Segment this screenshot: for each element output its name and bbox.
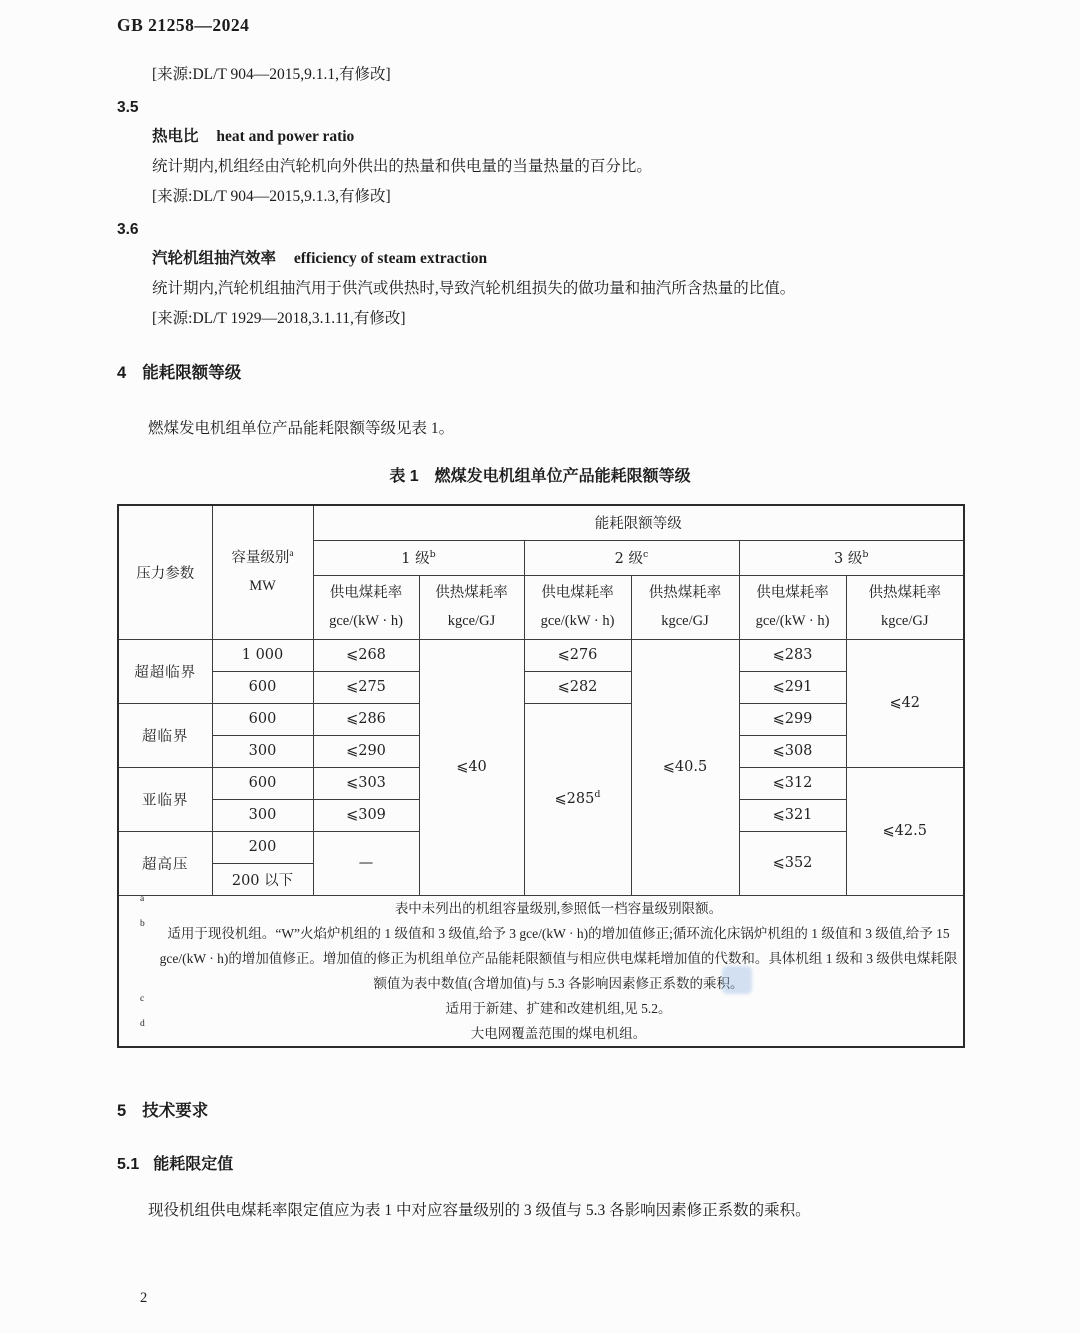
capacity-label: 容量级别 — [231, 550, 289, 566]
table-title-text: 燃煤发电机组单位产品能耗限额等级 — [435, 468, 691, 485]
section-4-body: 燃煤发电机组单位产品能耗限额等级见表 1。 — [117, 414, 963, 444]
header-heat-rate: 供热煤耗率kgce/GJ — [419, 575, 524, 639]
value-cell: ⩽283 — [739, 639, 846, 671]
clause-3-6-number: 3.6 — [117, 216, 963, 244]
value-cell: ⩽308 — [739, 735, 846, 767]
section-title: 技术要求 — [142, 1102, 208, 1120]
capacity-cell: 200 以下 — [212, 863, 313, 895]
term-en: efficiency of steam extraction — [294, 250, 487, 267]
value-cell: ⩽275 — [313, 671, 419, 703]
table-row: 超临界 600 ⩽286 ⩽285d ⩽299 — [118, 703, 964, 735]
section-title: 能耗限额等级 — [142, 364, 241, 382]
capacity-cell: 600 — [212, 703, 313, 735]
term-zh: 热电比 — [152, 128, 199, 145]
value-cell: — — [313, 831, 419, 895]
footnote-d: d大电网覆盖范围的煤电机组。 — [119, 1021, 963, 1046]
section-number: 5.1 — [117, 1156, 139, 1173]
table-row: 600 ⩽275 ⩽282 ⩽291 — [118, 671, 964, 703]
capacity-cell: 1 000 — [212, 639, 313, 671]
header-power-rate: 供电煤耗率gce/(kW · h) — [524, 575, 631, 639]
value-cell: ⩽42.5 — [846, 767, 964, 895]
clause-3-5-definition: 统计期内,机组经由汽轮机向外供出的热量和供电量的当量热量的百分比。 — [117, 152, 963, 182]
grade-footnote-marker: b — [430, 549, 436, 560]
pressure-cell: 超超临界 — [118, 639, 212, 703]
section-5-heading: 5技术要求 — [117, 1096, 963, 1126]
clause-3-6-source: [来源:DL/T 1929—2018,3.1.11,有修改] — [117, 304, 963, 334]
value-cell: ⩽299 — [739, 703, 846, 735]
source-note-911: [来源:DL/T 904—2015,9.1.1,有修改] — [117, 60, 963, 90]
value-cell: ⩽282 — [524, 671, 631, 703]
section-title: 能耗限定值 — [153, 1156, 233, 1173]
value-cell: ⩽352 — [739, 831, 846, 895]
header-power-rate: 供电煤耗率gce/(kW · h) — [313, 575, 419, 639]
header-group-title: 能耗限额等级 — [313, 505, 964, 540]
capacity-cell: 600 — [212, 671, 313, 703]
value-cell: ⩽285d — [524, 703, 631, 895]
header-grade-1: 1 级b — [313, 540, 524, 575]
table-footnotes: a表中未列出的机组容量级别,参照低一档容量级别限额。 b适用于现役机组。“W”火… — [118, 895, 964, 1047]
header-heat-rate: 供热煤耗率kgce/GJ — [631, 575, 739, 639]
value-cell: ⩽286 — [313, 703, 419, 735]
grade-label: 2 级 — [615, 551, 643, 567]
table-number: 表 1 — [389, 468, 418, 485]
value-cell: ⩽268 — [313, 639, 419, 671]
pressure-cell: 超高压 — [118, 831, 212, 895]
value-cell: ⩽42 — [846, 639, 964, 767]
value-cell: ⩽309 — [313, 799, 419, 831]
energy-limit-table: 压力参数 容量级别a MW 能耗限额等级 1 级b 2 级c 3 级b 供电煤耗… — [117, 504, 965, 1048]
value-text: ⩽285 — [555, 791, 595, 807]
table-footnotes-row: a表中未列出的机组容量级别,参照低一档容量级别限额。 b适用于现役机组。“W”火… — [118, 895, 964, 1047]
value-cell: ⩽40.5 — [631, 639, 739, 895]
header-power-rate: 供电煤耗率gce/(kW · h) — [739, 575, 846, 639]
clause-3-5-term: 热电比 heat and power ratio — [117, 122, 963, 152]
header-heat-rate: 供热煤耗率kgce/GJ — [846, 575, 964, 639]
section-number: 4 — [117, 364, 126, 382]
footnote-b: b适用于现役机组。“W”火焰炉机组的 1 级值和 3 级值,给予 3 gce/(… — [119, 921, 963, 996]
footnote-text: 适用于现役机组。“W”火焰炉机组的 1 级值和 3 级值,给予 3 gce/(k… — [160, 926, 958, 991]
header-pressure: 压力参数 — [118, 505, 212, 639]
capacity-unit: MW — [213, 572, 313, 600]
grade-footnote-marker: c — [643, 549, 648, 560]
value-cell: ⩽291 — [739, 671, 846, 703]
footnote-text: 大电网覆盖范围的煤电机组。 — [471, 1026, 647, 1041]
pressure-cell: 亚临界 — [118, 767, 212, 831]
clause-3-6-term: 汽轮机组抽汽效率 efficiency of steam extraction — [117, 244, 963, 274]
table-1-title: 表 1燃煤发电机组单位产品能耗限额等级 — [117, 462, 963, 492]
pressure-cell: 超临界 — [118, 703, 212, 767]
value-cell: ⩽40 — [419, 639, 524, 895]
grade-label: 3 级 — [834, 551, 862, 567]
term-zh: 汽轮机组抽汽效率 — [152, 250, 276, 267]
section-number: 5 — [117, 1102, 126, 1120]
grade-footnote-marker: b — [862, 549, 868, 560]
clause-3-6-definition: 统计期内,汽轮机组抽汽用于供汽或供热时,导致汽轮机组损失的做功量和抽汽所含热量的… — [117, 274, 963, 304]
capacity-cell: 300 — [212, 735, 313, 767]
page-number: 2 — [140, 1290, 147, 1307]
footnote-c: c适用于新建、扩建和改建机组,见 5.2。 — [119, 996, 963, 1021]
clause-3-5-number: 3.5 — [117, 94, 963, 122]
grade-label: 1 级 — [401, 551, 429, 567]
header-grade-2: 2 级c — [524, 540, 739, 575]
value-cell: ⩽290 — [313, 735, 419, 767]
capacity-cell: 300 — [212, 799, 313, 831]
value-cell: ⩽276 — [524, 639, 631, 671]
section-4-heading: 4能耗限额等级 — [117, 358, 963, 388]
value-footnote-marker: d — [594, 789, 600, 800]
capacity-cell: 600 — [212, 767, 313, 799]
section-5-1-body: 现役机组供电煤耗率限定值应为表 1 中对应容量级别的 3 级值与 5.3 各影响… — [117, 1196, 963, 1226]
value-cell: ⩽321 — [739, 799, 846, 831]
clause-3-5-source: [来源:DL/T 904—2015,9.1.3,有修改] — [117, 182, 963, 212]
value-cell: ⩽303 — [313, 767, 419, 799]
term-en: heat and power ratio — [216, 128, 354, 145]
footnote-text: 适用于新建、扩建和改建机组,见 5.2。 — [445, 1001, 671, 1016]
capacity-footnote-marker: a — [289, 549, 293, 559]
footnote-a: a表中未列出的机组容量级别,参照低一档容量级别限额。 — [119, 896, 963, 921]
header-grade-3: 3 级b — [739, 540, 964, 575]
table-row: 超超临界 1 000 ⩽268 ⩽40 ⩽276 ⩽40.5 ⩽283 ⩽42 — [118, 639, 964, 671]
section-5-1-heading: 5.1能耗限定值 — [117, 1150, 963, 1180]
standard-number: GB 21258—2024 — [117, 14, 963, 36]
capacity-cell: 200 — [212, 831, 313, 863]
footnote-text: 表中未列出的机组容量级别,参照低一档容量级别限额。 — [395, 901, 722, 916]
value-cell: ⩽312 — [739, 767, 846, 799]
header-capacity: 容量级别a MW — [212, 505, 313, 639]
document-page: GB 21258—2024 [来源:DL/T 904—2015,9.1.1,有修… — [0, 0, 1080, 1333]
